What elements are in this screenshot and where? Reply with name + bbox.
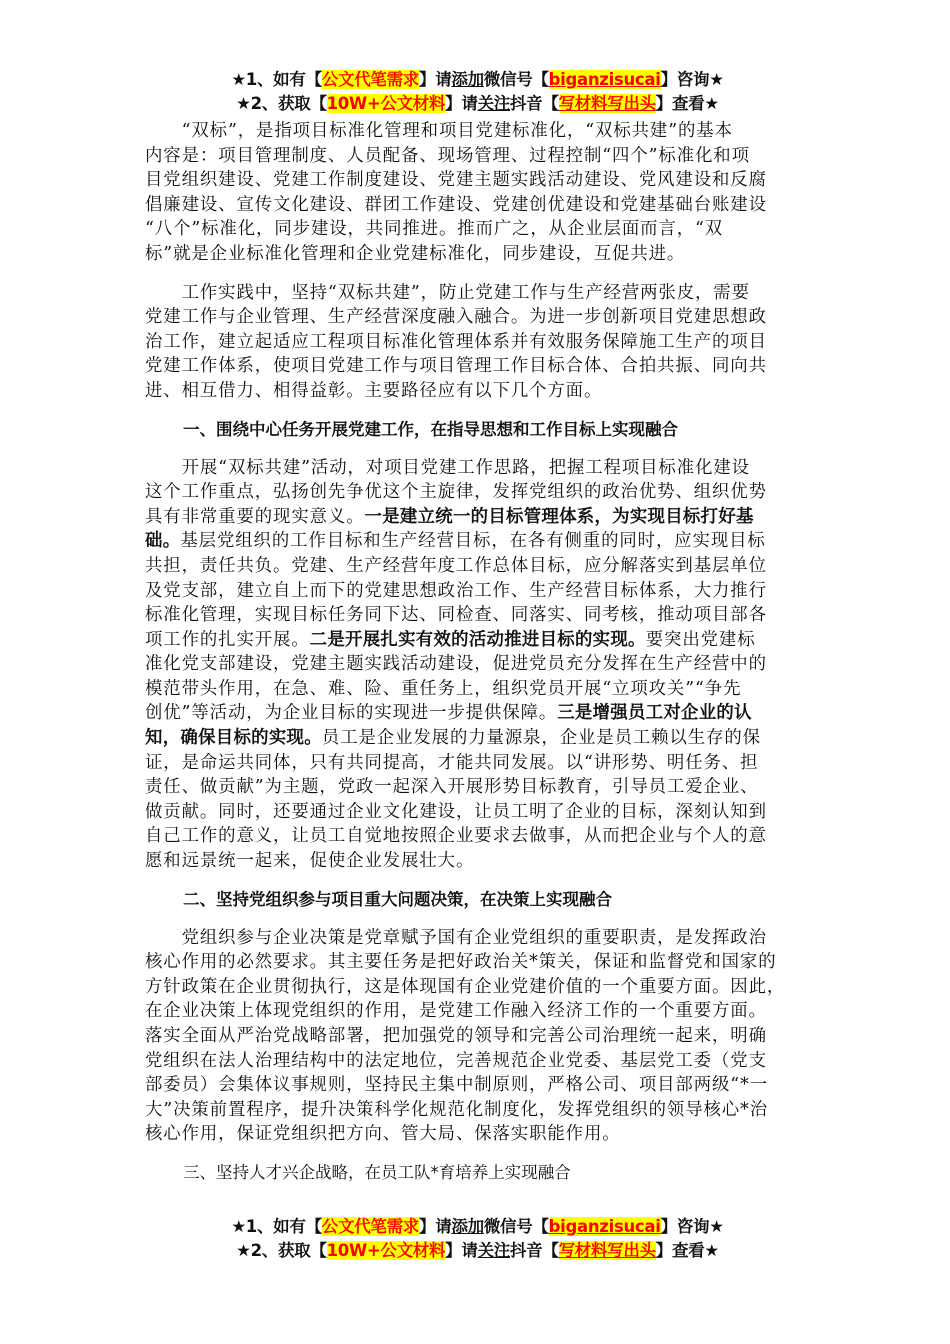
promo-line-2: ★2、获取【10W+公文材料】请关注抖音【写材料写出头】查看★ [145, 1239, 810, 1263]
highlight-materials: 10W+公文材料 [327, 1241, 446, 1260]
douyin-account-link[interactable]: 写材料写出头 [559, 94, 656, 113]
underlined-add: 添加 [451, 70, 483, 89]
key-point-2: 二是开展扎实有效的活动推进目标的实现。 [310, 630, 646, 650]
key-point-3: 三是增强员工对企业的认 [557, 703, 752, 723]
promo-line-1: ★1、如有【公文代笔需求】请添加微信号【biganzisucai】咨询★ [145, 68, 810, 92]
highlight-service: 公文代笔需求 [322, 1217, 419, 1236]
wechat-id-link[interactable]: biganzisucai [549, 1217, 661, 1236]
promo-line-2: ★2、获取【10W+公文材料】请关注抖音【写材料写出头】查看★ [145, 92, 810, 116]
promo-banner-bottom: ★1、如有【公文代笔需求】请添加微信号【biganzisucai】咨询★ ★2、… [145, 1215, 810, 1263]
douyin-account-link[interactable]: 写材料写出头 [559, 1241, 656, 1260]
key-point-1: 一是建立统一的目标管理体系，为实现目标打好基 [365, 507, 754, 527]
paragraph-intro: “双标”，是指项目标准化管理和项目党建标准化，“双标共建”的基本 内容是：项目管… [145, 119, 810, 267]
section-heading-3: 三、坚持人才兴企战略，在员工队*育培养上实现融合 [145, 1161, 810, 1185]
wechat-id-link[interactable]: biganzisucai [549, 70, 661, 89]
paragraph-section-2: 党组织参与企业决策是党章赋予国有企业党组织的重要职责，是发挥政治 核心作用的必然… [145, 926, 810, 1147]
section-heading-2: 二、坚持党组织参与项目重大问题决策，在决策上实现融合 [145, 888, 810, 912]
promo-banner-top: ★1、如有【公文代笔需求】请添加微信号【biganzisucai】咨询★ ★2、… [145, 68, 810, 116]
highlight-service: 公文代笔需求 [322, 70, 419, 89]
section-heading-1: 一、围绕中心任务开展党建工作，在指导思想和工作目标上实现融合 [145, 418, 810, 442]
underlined-add: 添加 [451, 1217, 483, 1236]
paragraph-section-1: 开展“双标共建”活动，对项目党建工作思路，把握工程项目标准化建设 这个工作重点，… [145, 456, 810, 874]
underlined-follow: 关注 [478, 94, 510, 113]
underlined-follow: 关注 [478, 1241, 510, 1260]
highlight-materials: 10W+公文材料 [327, 94, 446, 113]
paragraph-practice: 工作实践中，坚持“双标共建”，防止党建工作与生产经营两张皮，需要 党建工作与企业… [145, 281, 810, 404]
document-page: ★1、如有【公文代笔需求】请添加微信号【biganzisucai】咨询★ ★2、… [145, 60, 810, 1185]
promo-line-1: ★1、如有【公文代笔需求】请添加微信号【biganzisucai】咨询★ [145, 1215, 810, 1239]
